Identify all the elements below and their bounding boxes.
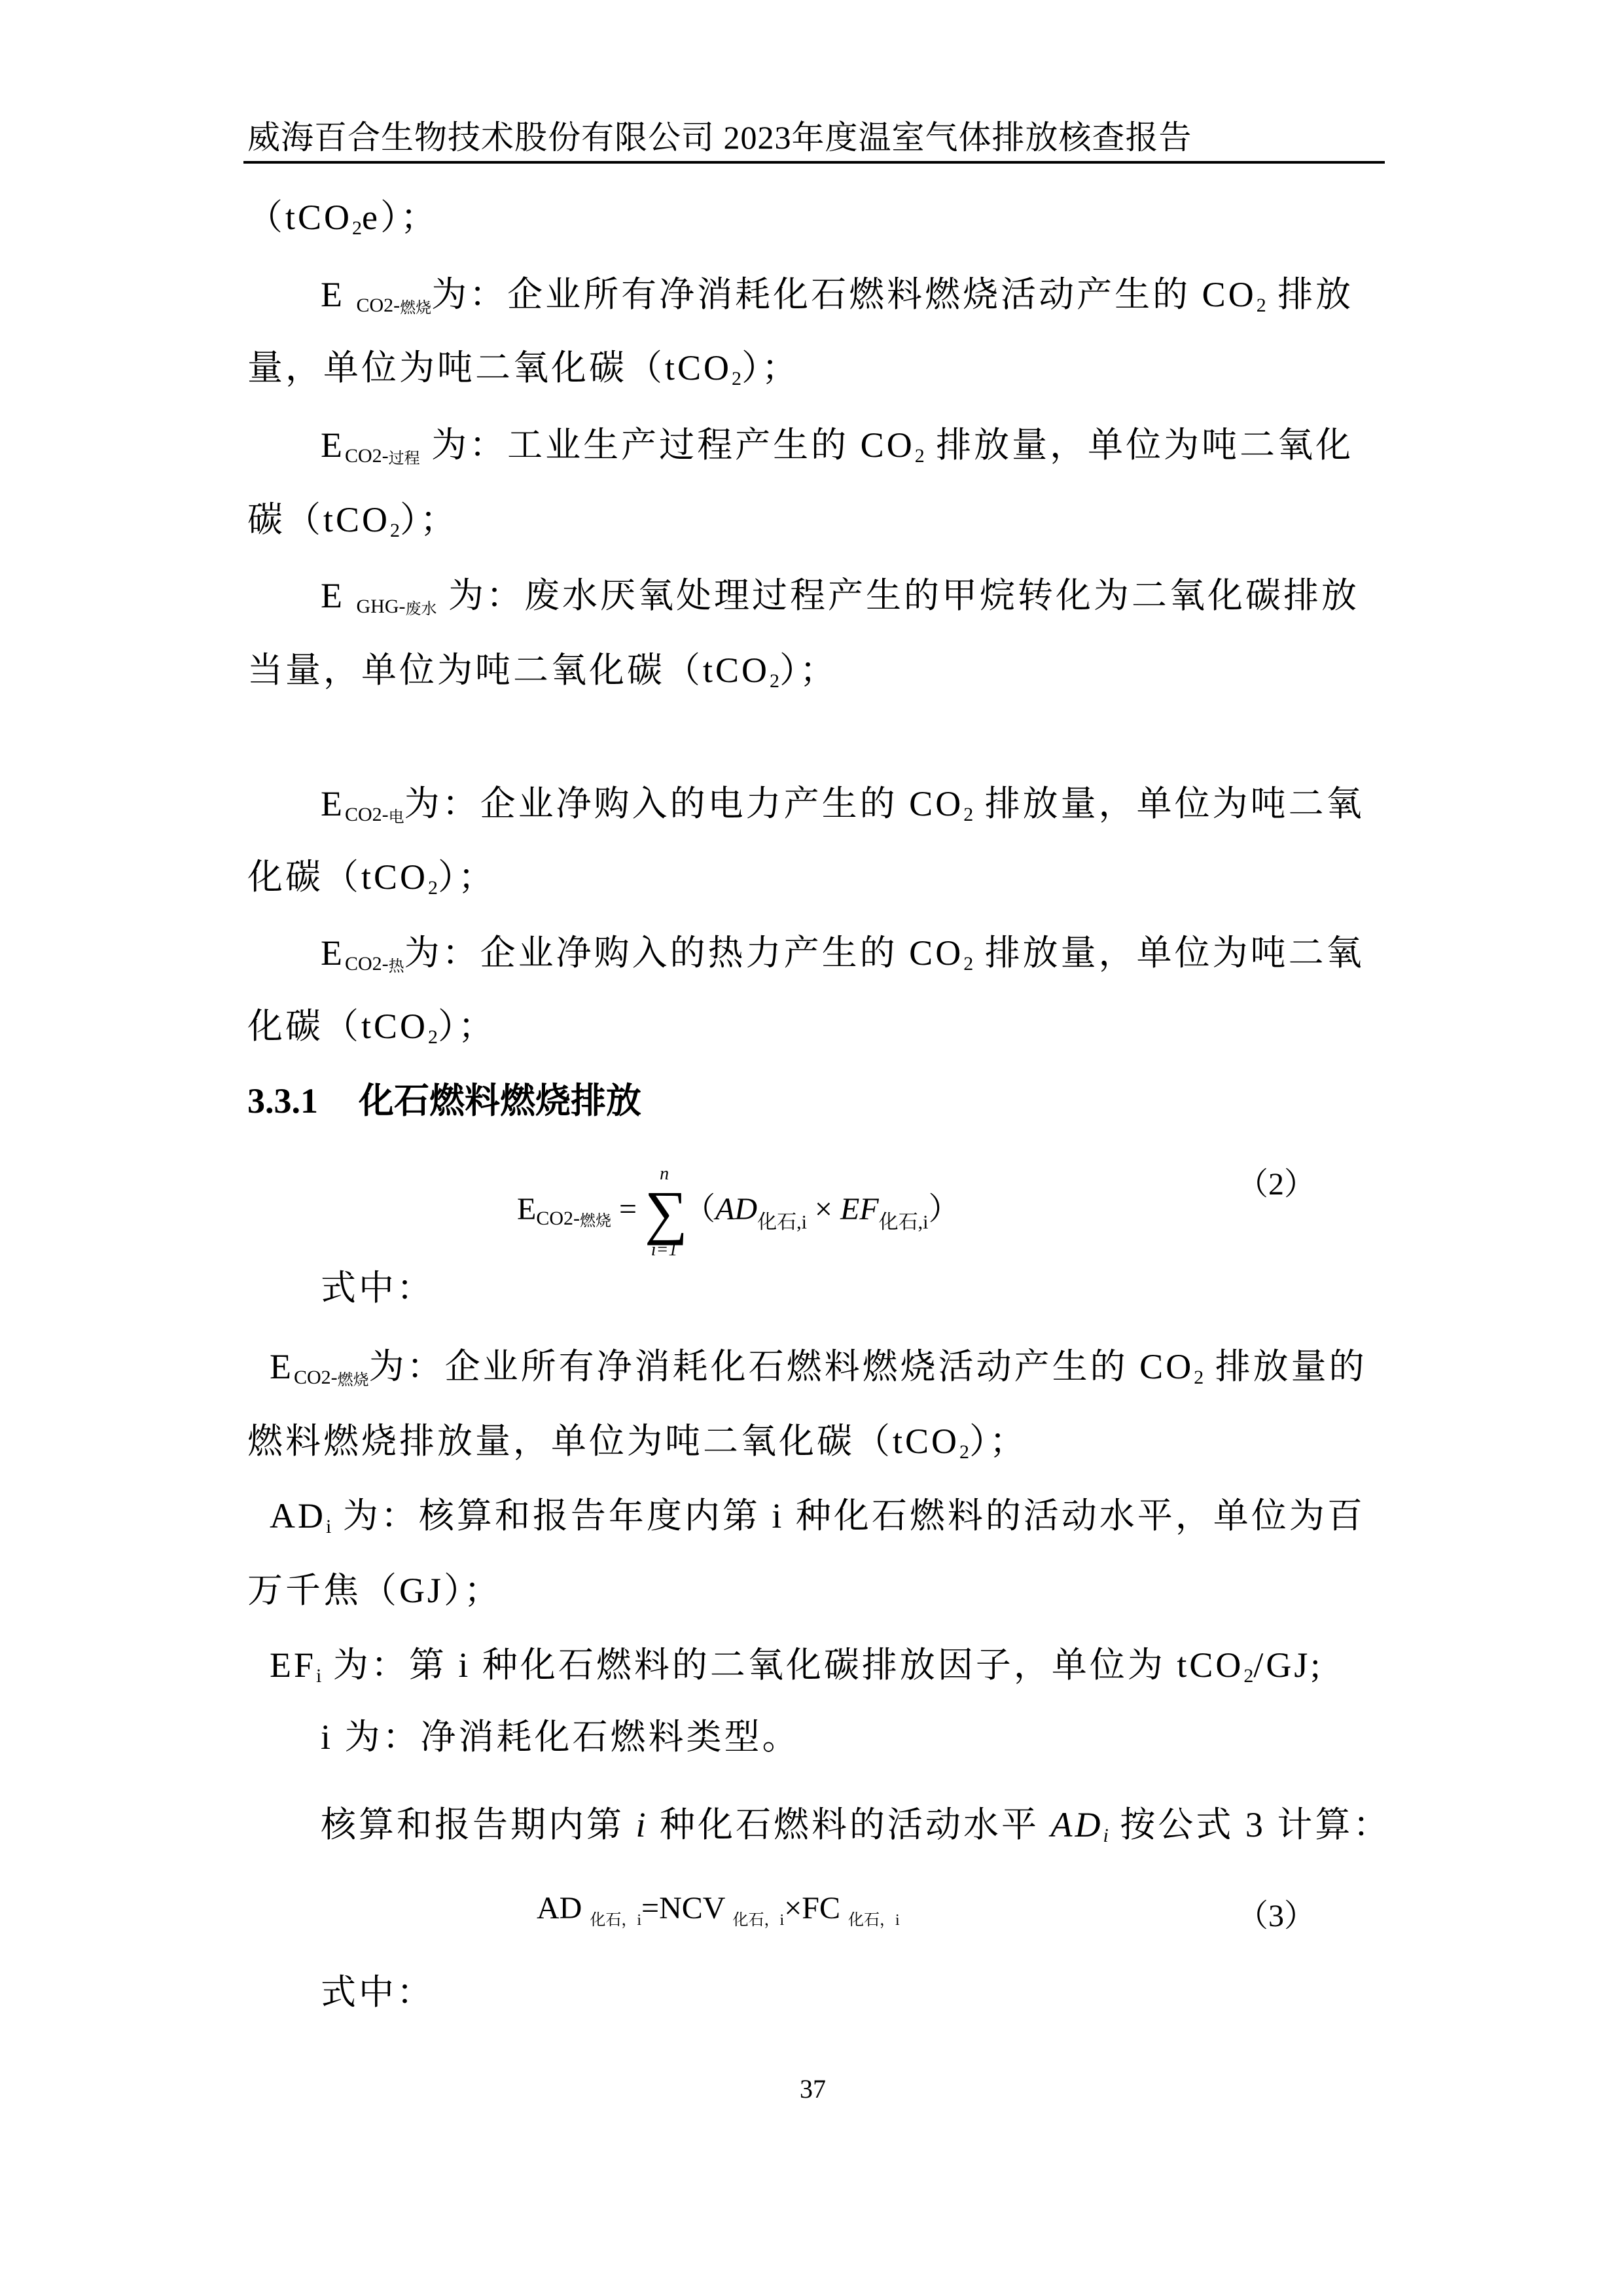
definition-e-combustion: E CO2-燃烧为：企业所有净消耗化石燃料燃烧活动产生的 CO2 排放 <box>321 274 1353 329</box>
formula-3: AD 化石，i=NCV 化石，i×FC 化石，i <box>537 1890 900 1929</box>
summation-symbol: n ∑ i=1 <box>645 1186 684 1238</box>
definition-ef: EFi 为：第 i 种化石燃料的二氧化碳排放因子，单位为 tCO2/GJ; <box>270 1644 1323 1697</box>
definition-e-heat: ECO2-热为：企业净购入的热力产生的 CO2 排放量，单位为吨二氧 <box>321 932 1364 988</box>
paragraph-line: 化碳（tCO2）； <box>247 856 496 909</box>
definition-i: i 为：净消耗化石燃料类型。 <box>321 1716 800 1758</box>
where-label: 式中： <box>321 1267 435 1309</box>
paragraph-line: 化碳（tCO2）； <box>247 1005 496 1058</box>
paragraph-line: （tCO2e）； <box>247 196 438 249</box>
definition-e-wastewater: E GHG-废水 为：废水厌氧处理过程产生的甲烷转化为二氧化碳排放 <box>321 575 1359 630</box>
header-divider <box>243 161 1385 164</box>
where-label: 式中： <box>321 1971 435 2013</box>
definition-e-combustion-2: ECO2-燃烧为：企业所有净消耗化石燃料燃烧活动产生的 CO2 排放量的 <box>270 1346 1367 1401</box>
paragraph-line: 万千焦（GJ）； <box>247 1570 502 1611</box>
formula-2: ECO2-燃烧 = n ∑ i=1 （AD化石,i × EF化石,i） <box>517 1183 960 1238</box>
calc-intro: 核算和报告期内第 i 种化石燃料的活动水平 ADi 按公式 3 计算： <box>321 1804 1391 1857</box>
definition-e-electricity: ECO2-电为：企业净购入的电力产生的 CO2 排放量，单位为吨二氧 <box>321 783 1364 838</box>
section-heading: 3.3.1化石燃料燃烧排放 <box>247 1080 641 1122</box>
section-number: 3.3.1 <box>247 1081 318 1121</box>
equation-number-3: （3） <box>1237 1890 1315 1935</box>
page-number: 37 <box>800 2073 826 2104</box>
equation-number-2: （2） <box>1237 1158 1315 1204</box>
paragraph-line: 量，单位为吨二氧化碳（tCO2）； <box>247 347 800 400</box>
section-title: 化石燃料燃烧排放 <box>359 1081 641 1121</box>
document-page: 威海百合生物技术股份有限公司 2023年度温室气体排放核查报告 （tCO2e）；… <box>0 0 1623 2296</box>
page-header: 威海百合生物技术股份有限公司 2023年度温室气体排放核查报告 <box>247 118 1386 157</box>
paragraph-line: 当量，单位为吨二氧化碳（tCO2）； <box>247 649 838 702</box>
definition-e-process: ECO2-过程 为：工业生产过程产生的 CO2 排放量，单位为吨二氧化 <box>321 424 1353 480</box>
definition-ad: ADi 为：核算和报告年度内第 i 种化石燃料的活动水平，单位为百 <box>270 1495 1365 1548</box>
paragraph-line: 燃料燃烧排放量，单位为吨二氧化碳（tCO2）； <box>247 1420 1027 1473</box>
paragraph-line: 碳（tCO2）； <box>247 499 458 552</box>
